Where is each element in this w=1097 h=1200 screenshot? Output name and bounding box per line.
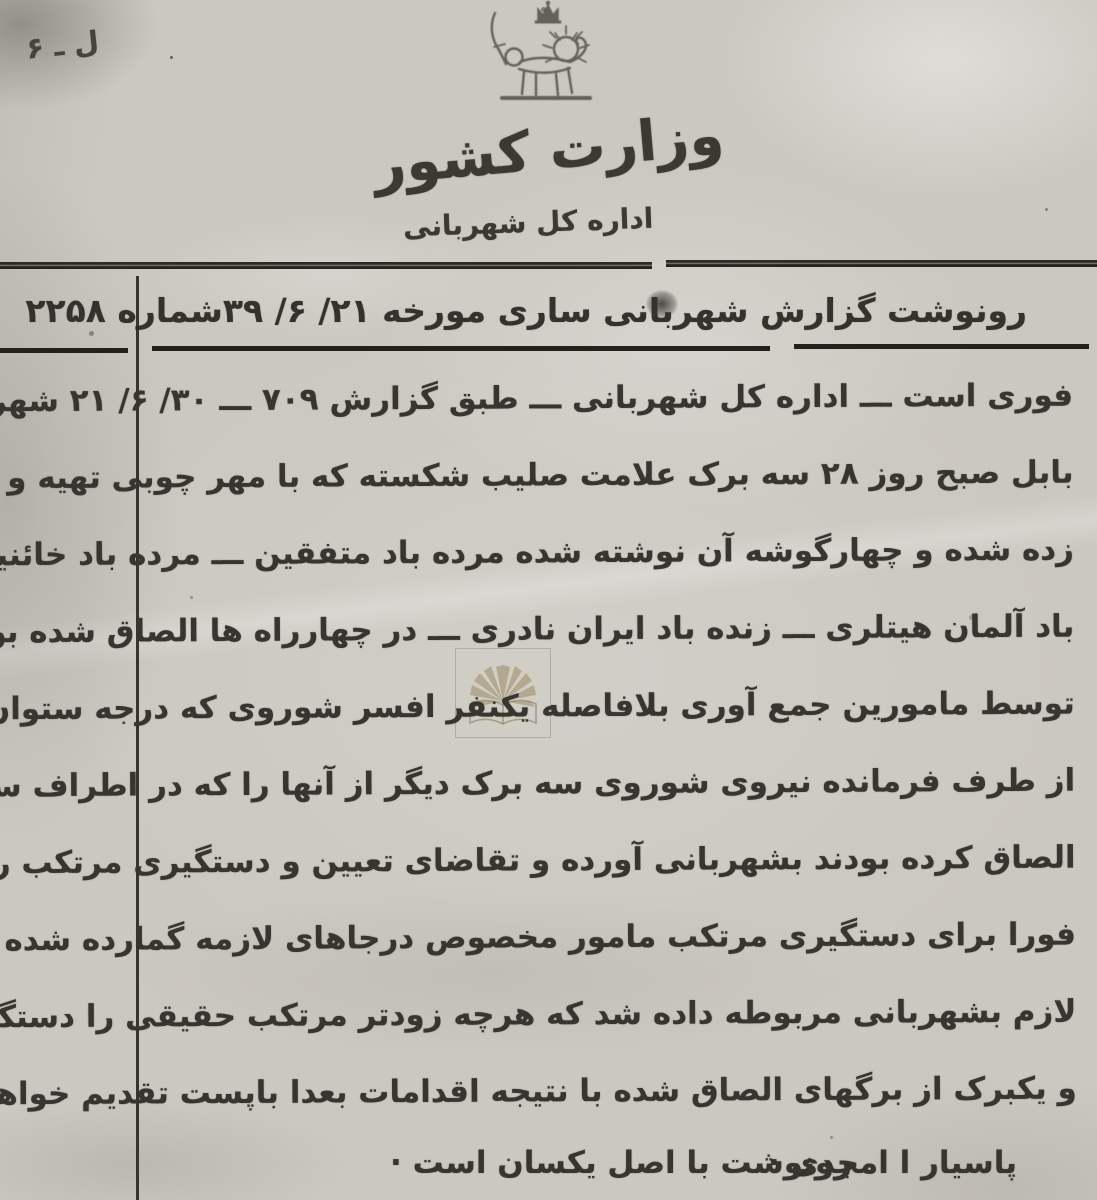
- body-line: توسط مامورین جمع آوری بلافاصله یکنفر افس…: [152, 666, 1075, 748]
- body-line: لازم بشهربانی مربوطه داده شد که هرچه زود…: [153, 974, 1076, 1056]
- header-rule-right-segment: [794, 344, 1089, 349]
- body-text: فوری است ـــ اداره کل شهربانی ـــ طبق گز…: [150, 358, 1077, 1133]
- header-rule-left-segment: [0, 348, 128, 353]
- body-line: فورا برای دستگیری مرتکب مامور مخصوص درجا…: [153, 897, 1076, 979]
- header-band: رونوشت گزارش شهربانی ساری مورخه ۲۱/ ۶/ ۳…: [0, 276, 1097, 344]
- copy-certification: رونوشت با اصل یکسان است ·: [390, 1132, 852, 1194]
- paper-specks: [170, 56, 173, 59]
- department-title: اداره کل شهربانی: [0, 206, 1057, 239]
- lion-and-sun-emblem: [462, 0, 632, 114]
- ink-smudge: [646, 290, 678, 318]
- body-line: بابل صبح روز ۲۸ سه برک علامت صلیب شکسته …: [150, 435, 1073, 517]
- body-line: فوری است ـــ اداره کل شهربانی ـــ طبق گز…: [150, 358, 1073, 440]
- subject-line: رونوشت گزارش شهربانی ساری مورخه ۲۱/ ۶/ ۳…: [223, 291, 1027, 330]
- ministry-title: وزارت کشور: [0, 118, 1097, 183]
- body-line: و یکبرک از برگهای الصاق شده با نتیجه اقد…: [154, 1051, 1077, 1133]
- header-rule-center-segment: [152, 346, 770, 351]
- document-number: شماره ۲۲۵۸: [25, 291, 223, 330]
- body-line: باد آلمان هیتلری ـــ زنده باد ایران نادر…: [151, 589, 1074, 671]
- top-rule-right-segment: [666, 260, 1097, 267]
- body-line: الصاق کرده بودند بشهربانی آورده و تقاضای…: [152, 820, 1075, 902]
- top-rule-left-segment: [0, 262, 652, 269]
- archive-corner-mark: ل ـ ۶: [24, 24, 100, 65]
- body-line: زده شده و چهارگوشه آن نوشته شده مرده باد…: [151, 512, 1074, 594]
- body-line: از طرف فرمانده نیروی شوروی سه برک دیگر ا…: [152, 743, 1075, 825]
- scanned-document: ل ـ ۶: [0, 0, 1097, 1200]
- footer-row: پاسیار ا امجدی · رونوشت با اصل یکسان است…: [152, 1132, 1075, 1194]
